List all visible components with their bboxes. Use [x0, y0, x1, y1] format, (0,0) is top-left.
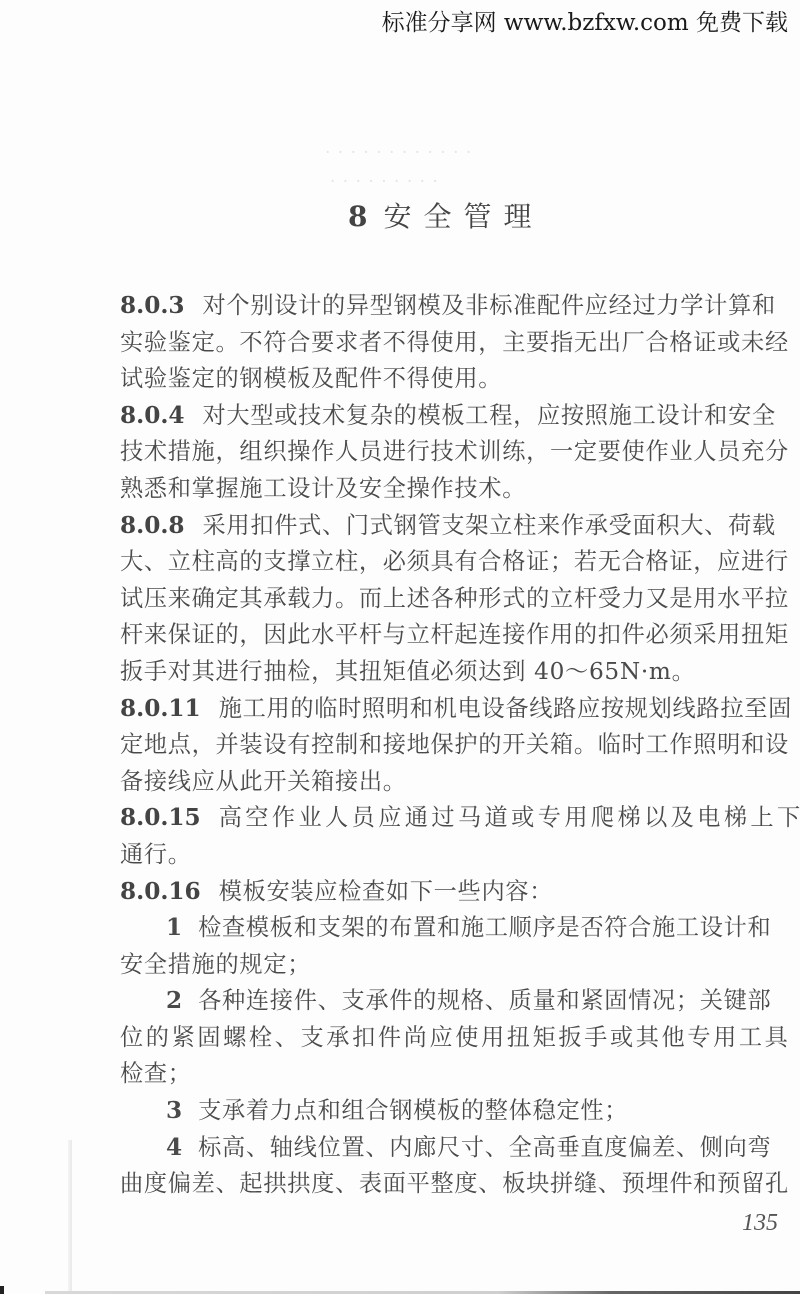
page-gutter-shadow	[68, 1140, 72, 1294]
clause-number: 8.0.4	[120, 402, 185, 429]
text-line: 实验鉴定。不符合要求者不得使用，主要指无出厂合格证或未经	[120, 325, 800, 362]
item-number: 2	[166, 987, 182, 1014]
item-number: 4	[166, 1134, 182, 1161]
item-number: 3	[166, 1097, 182, 1124]
text-line: 施工用的临时照明和机电设备线路应按规划线路拉至固	[219, 695, 792, 722]
clause-number: 8.0.8	[120, 512, 185, 539]
text-line: 检查；	[120, 1056, 800, 1093]
clause-8-0-3: 8.0.3对个别设计的异型钢模及非标准配件应经过力学计算和 实验鉴定。不符合要求…	[120, 288, 800, 398]
chapter-title-text: 安全管理	[383, 200, 543, 233]
item-number: 1	[166, 914, 182, 941]
text-line: 对个别设计的异型钢模及非标准配件应经过力学计算和	[203, 292, 776, 319]
text-line: 扳手对其进行抽检，其扭矩值必须达到 40～65N·m。	[120, 654, 800, 691]
scan-corner-mark	[0, 1286, 4, 1294]
text-line: 检查模板和支架的布置和施工顺序是否符合施工设计和	[198, 914, 771, 941]
text-line: 标高、轴线位置、内廊尺寸、全高垂直度偏差、侧向弯	[198, 1134, 771, 1161]
chapter-body: 8.0.3对个别设计的异型钢模及非标准配件应经过力学计算和 实验鉴定。不符合要求…	[120, 288, 800, 1203]
text-line: 高空作业人员应通过马道或专用爬梯以及电梯上下	[219, 804, 800, 831]
text-line: 安全措施的规定；	[120, 947, 800, 984]
text-line: 各种连接件、支承件的规格、质量和紧固情况；关键部	[198, 987, 771, 1014]
list-item-3: 3支承着力点和组合钢模板的整体稳定性；	[120, 1093, 800, 1130]
clause-number: 8.0.11	[120, 695, 201, 722]
clause-8-0-16: 8.0.16模板安装应检查如下一些内容： 1检查模板和支架的布置和施工顺序是否符…	[120, 874, 800, 1203]
text-line: 杆来保证的，因此水平杆与立杆起连接作用的扣件必须采用扭矩	[120, 617, 800, 654]
text-line: 定地点，并装设有控制和接地保护的开关箱。临时工作照明和设	[120, 727, 800, 764]
text-line: 模板安装应检查如下一些内容：	[219, 878, 553, 905]
text-line: 位的紧固螺栓、支承扣件尚应使用扭矩扳手或其他专用工具	[120, 1020, 800, 1057]
bleed-through-text: · · · · · · · · ·	[330, 172, 439, 192]
clause-number: 8.0.15	[120, 804, 201, 831]
text-line: 技术措施，组织操作人员进行技术训练，一定要使作业人员充分	[120, 434, 800, 471]
page-number: 135	[742, 1210, 778, 1237]
clause-8-0-8: 8.0.8采用扣件式、门式钢管支架立柱来作承受面积大、荷载 大、立柱高的支撑立柱…	[120, 508, 800, 691]
clause-number: 8.0.3	[120, 292, 185, 319]
text-line: 备接线应从此开关箱接出。	[120, 764, 800, 801]
text-line: 对大型或技术复杂的模板工程，应按照施工设计和安全	[203, 402, 776, 429]
chapter-number: 8	[348, 200, 367, 233]
clause-8-0-11: 8.0.11施工用的临时照明和机电设备线路应按规划线路拉至固 定地点，并装设有控…	[120, 691, 800, 801]
watermark-text: 标准分享网 www.bzfxw.com 免费下载	[382, 4, 788, 37]
clause-number: 8.0.16	[120, 878, 201, 905]
text-line: 试验鉴定的钢模板及配件不得使用。	[120, 361, 800, 398]
text-line: 支承着力点和组合钢模板的整体稳定性；	[198, 1097, 628, 1124]
list-item-4: 4标高、轴线位置、内廊尺寸、全高垂直度偏差、侧向弯 曲度偏差、起拱拱度、表面平整…	[120, 1130, 800, 1203]
list-item-1: 1检查模板和支架的布置和施工顺序是否符合施工设计和 安全措施的规定；	[120, 910, 800, 983]
text-line: 采用扣件式、门式钢管支架立柱来作承受面积大、荷载	[203, 512, 776, 539]
text-line: 曲度偏差、起拱拱度、表面平整度、板块拼缝、预埋件和预留孔	[120, 1166, 800, 1203]
text-line: 大、立柱高的支撑立柱，必须具有合格证；若无合格证，应进行	[120, 544, 800, 581]
chapter-title: 8安全管理	[348, 195, 544, 235]
clause-8-0-4: 8.0.4对大型或技术复杂的模板工程，应按照施工设计和安全 技术措施，组织操作人…	[120, 398, 800, 508]
bleed-through-text: · · · · · · · · · · · ·	[325, 143, 472, 163]
list-item-2: 2各种连接件、支承件的规格、质量和紧固情况；关键部 位的紧固螺栓、支承扣件尚应使…	[120, 983, 800, 1093]
clause-8-0-15: 8.0.15高空作业人员应通过马道或专用爬梯以及电梯上下 通行。	[120, 800, 800, 873]
text-line: 通行。	[120, 837, 800, 874]
text-line: 熟悉和掌握施工设计及安全操作技术。	[120, 471, 800, 508]
text-line: 试压来确定其承载力。而上述各种形式的立杆受力又是用水平拉	[120, 581, 800, 618]
